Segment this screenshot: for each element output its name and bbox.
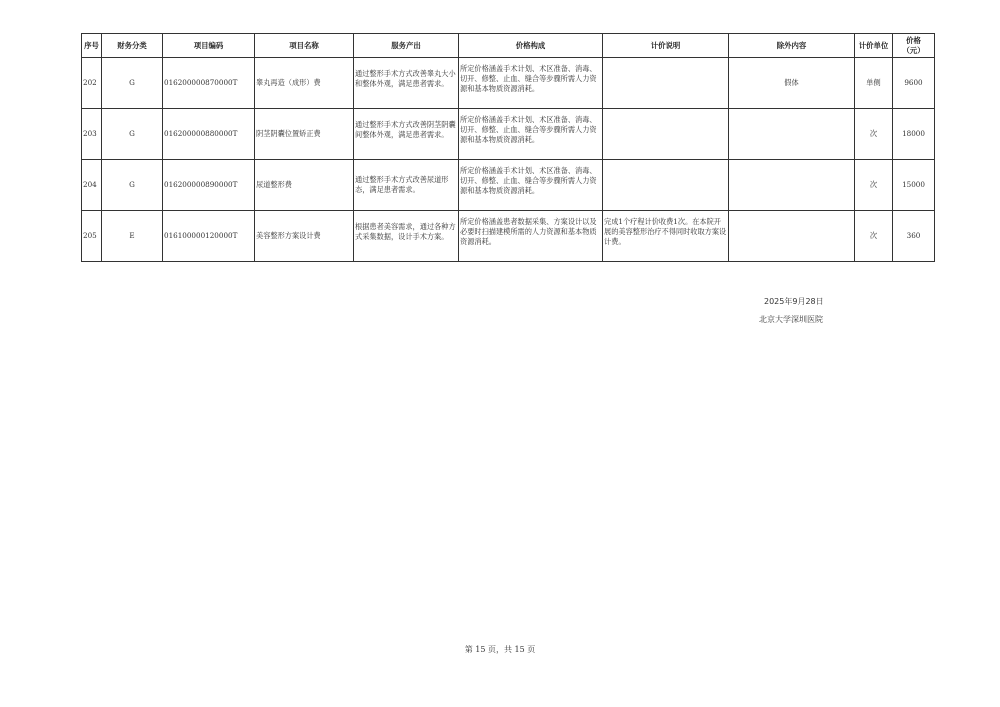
price-composition-text: 所定价格涵盖手术计划、术区准备、消毒、切开、修整、止血、缝合等步骤所需人力资源和…: [460, 166, 601, 196]
table-row: 203 G 016200000880000T 阴茎阴囊位置矫正费 通过整形手术方…: [82, 109, 935, 160]
table-row: 205 E 016100000120000T 美容整形方案设计费 根据患者美容需…: [82, 211, 935, 262]
cell-service-output: 根据患者美容需求，通过各种方式采集数据，设计手术方案。: [354, 211, 459, 262]
cell-seq: 205: [82, 211, 102, 262]
header-seq: 序号: [82, 34, 102, 58]
header-price: 价格 （元）: [893, 34, 935, 58]
table-row: 204 G 016200000890000T 尿道整形费 通过整形手术方式改善尿…: [82, 160, 935, 211]
header-price-line1: 价格: [906, 36, 921, 45]
cell-pricing-notes: [603, 109, 729, 160]
header-finance-category: 财务分类: [102, 34, 163, 58]
price-table: 序号 财务分类 项目编码 项目名称 服务产出 价格构成 计价说明 除外内容 计价…: [81, 33, 935, 262]
cell-price-composition: 所定价格涵盖手术计划、术区准备、消毒、切开、修整、止血、缝合等步骤所需人力资源和…: [459, 58, 603, 109]
cell-price-composition: 所定价格涵盖患者数据采集、方案设计以及必要时扫描建模所需的人力资源和基本物质资源…: [459, 211, 603, 262]
cell-pricing-unit: 次: [855, 211, 893, 262]
cell-item-code: 016100000120000T: [163, 211, 255, 262]
cell-seq: 202: [82, 58, 102, 109]
cell-exclusions: 假体: [729, 58, 855, 109]
cell-price-composition: 所定价格涵盖手术计划、术区准备、消毒、切开、修整、止血、缝合等步骤所需人力资源和…: [459, 160, 603, 211]
service-output-text: 通过整形手术方式改善阴茎阴囊间整体外观，满足患者需求。: [355, 120, 457, 140]
cell-price-composition: 所定价格涵盖手术计划、术区准备、消毒、切开、修整、止血、缝合等步骤所需人力资源和…: [459, 109, 603, 160]
cell-seq: 203: [82, 109, 102, 160]
cell-pricing-unit: 次: [855, 160, 893, 211]
table-row: 202 G 016200000870000T 睾丸再造（成形）费 通过整形手术方…: [82, 58, 935, 109]
price-composition-text: 所定价格涵盖患者数据采集、方案设计以及必要时扫描建模所需的人力资源和基本物质资源…: [460, 217, 601, 247]
cell-item-name: 睾丸再造（成形）费: [255, 58, 354, 109]
header-price-composition: 价格构成: [459, 34, 603, 58]
cell-service-output: 通过整形手术方式改善尿道形态，满足患者需求。: [354, 160, 459, 211]
cell-finance-category: E: [102, 211, 163, 262]
cell-exclusions: [729, 109, 855, 160]
header-exclusions: 除外内容: [729, 34, 855, 58]
cell-item-name: 阴茎阴囊位置矫正费: [255, 109, 354, 160]
header-service-output: 服务产出: [354, 34, 459, 58]
cell-price: 18000: [893, 109, 935, 160]
price-composition-text: 所定价格涵盖手术计划、术区准备、消毒、切开、修整、止血、缝合等步骤所需人力资源和…: [460, 64, 601, 94]
cell-price: 15000: [893, 160, 935, 211]
document-date: 2025年9月28日: [764, 296, 824, 307]
page-indicator: 第 15 页，共 15 页: [0, 644, 1000, 655]
issuing-organization: 北京大学深圳医院: [759, 314, 823, 325]
cell-item-code: 016200000870000T: [163, 58, 255, 109]
header-item-code: 项目编码: [163, 34, 255, 58]
cell-item-name: 美容整形方案设计费: [255, 211, 354, 262]
cell-item-code: 016200000890000T: [163, 160, 255, 211]
cell-pricing-notes: [603, 58, 729, 109]
header-price-line2: （元）: [902, 46, 924, 55]
cell-seq: 204: [82, 160, 102, 211]
pricing-notes-text: 完成1个疗程计价收费1次。在本院开展的美容整形治疗不得同时收取方案设计费。: [604, 217, 727, 247]
price-composition-text: 所定价格涵盖手术计划、术区准备、消毒、切开、修整、止血、缝合等步骤所需人力资源和…: [460, 115, 601, 145]
service-output-text: 通过整形手术方式改善尿道形态，满足患者需求。: [355, 175, 448, 194]
cell-item-name: 尿道整形费: [255, 160, 354, 211]
cell-finance-category: G: [102, 58, 163, 109]
cell-price: 360: [893, 211, 935, 262]
header-pricing-unit: 计价单位: [855, 34, 893, 58]
cell-service-output: 通过整形手术方式改善睾丸大小和整体外观，满足患者需求。: [354, 58, 459, 109]
cell-pricing-notes: [603, 160, 729, 211]
cell-item-code: 016200000880000T: [163, 109, 255, 160]
service-output-text: 根据患者美容需求，通过各种方式采集数据，设计手术方案。: [355, 222, 457, 242]
cell-price: 9600: [893, 58, 935, 109]
service-output-text: 通过整形手术方式改善睾丸大小和整体外观，满足患者需求。: [355, 69, 457, 89]
cell-pricing-unit: 单侧: [855, 58, 893, 109]
header-item-name: 项目名称: [255, 34, 354, 58]
cell-pricing-notes: 完成1个疗程计价收费1次。在本院开展的美容整形治疗不得同时收取方案设计费。: [603, 211, 729, 262]
cell-pricing-unit: 次: [855, 109, 893, 160]
cell-exclusions: [729, 160, 855, 211]
cell-finance-category: G: [102, 109, 163, 160]
cell-exclusions: [729, 211, 855, 262]
cell-service-output: 通过整形手术方式改善阴茎阴囊间整体外观，满足患者需求。: [354, 109, 459, 160]
header-pricing-notes: 计价说明: [603, 34, 729, 58]
cell-finance-category: G: [102, 160, 163, 211]
table-header-row: 序号 财务分类 项目编码 项目名称 服务产出 价格构成 计价说明 除外内容 计价…: [82, 34, 935, 58]
